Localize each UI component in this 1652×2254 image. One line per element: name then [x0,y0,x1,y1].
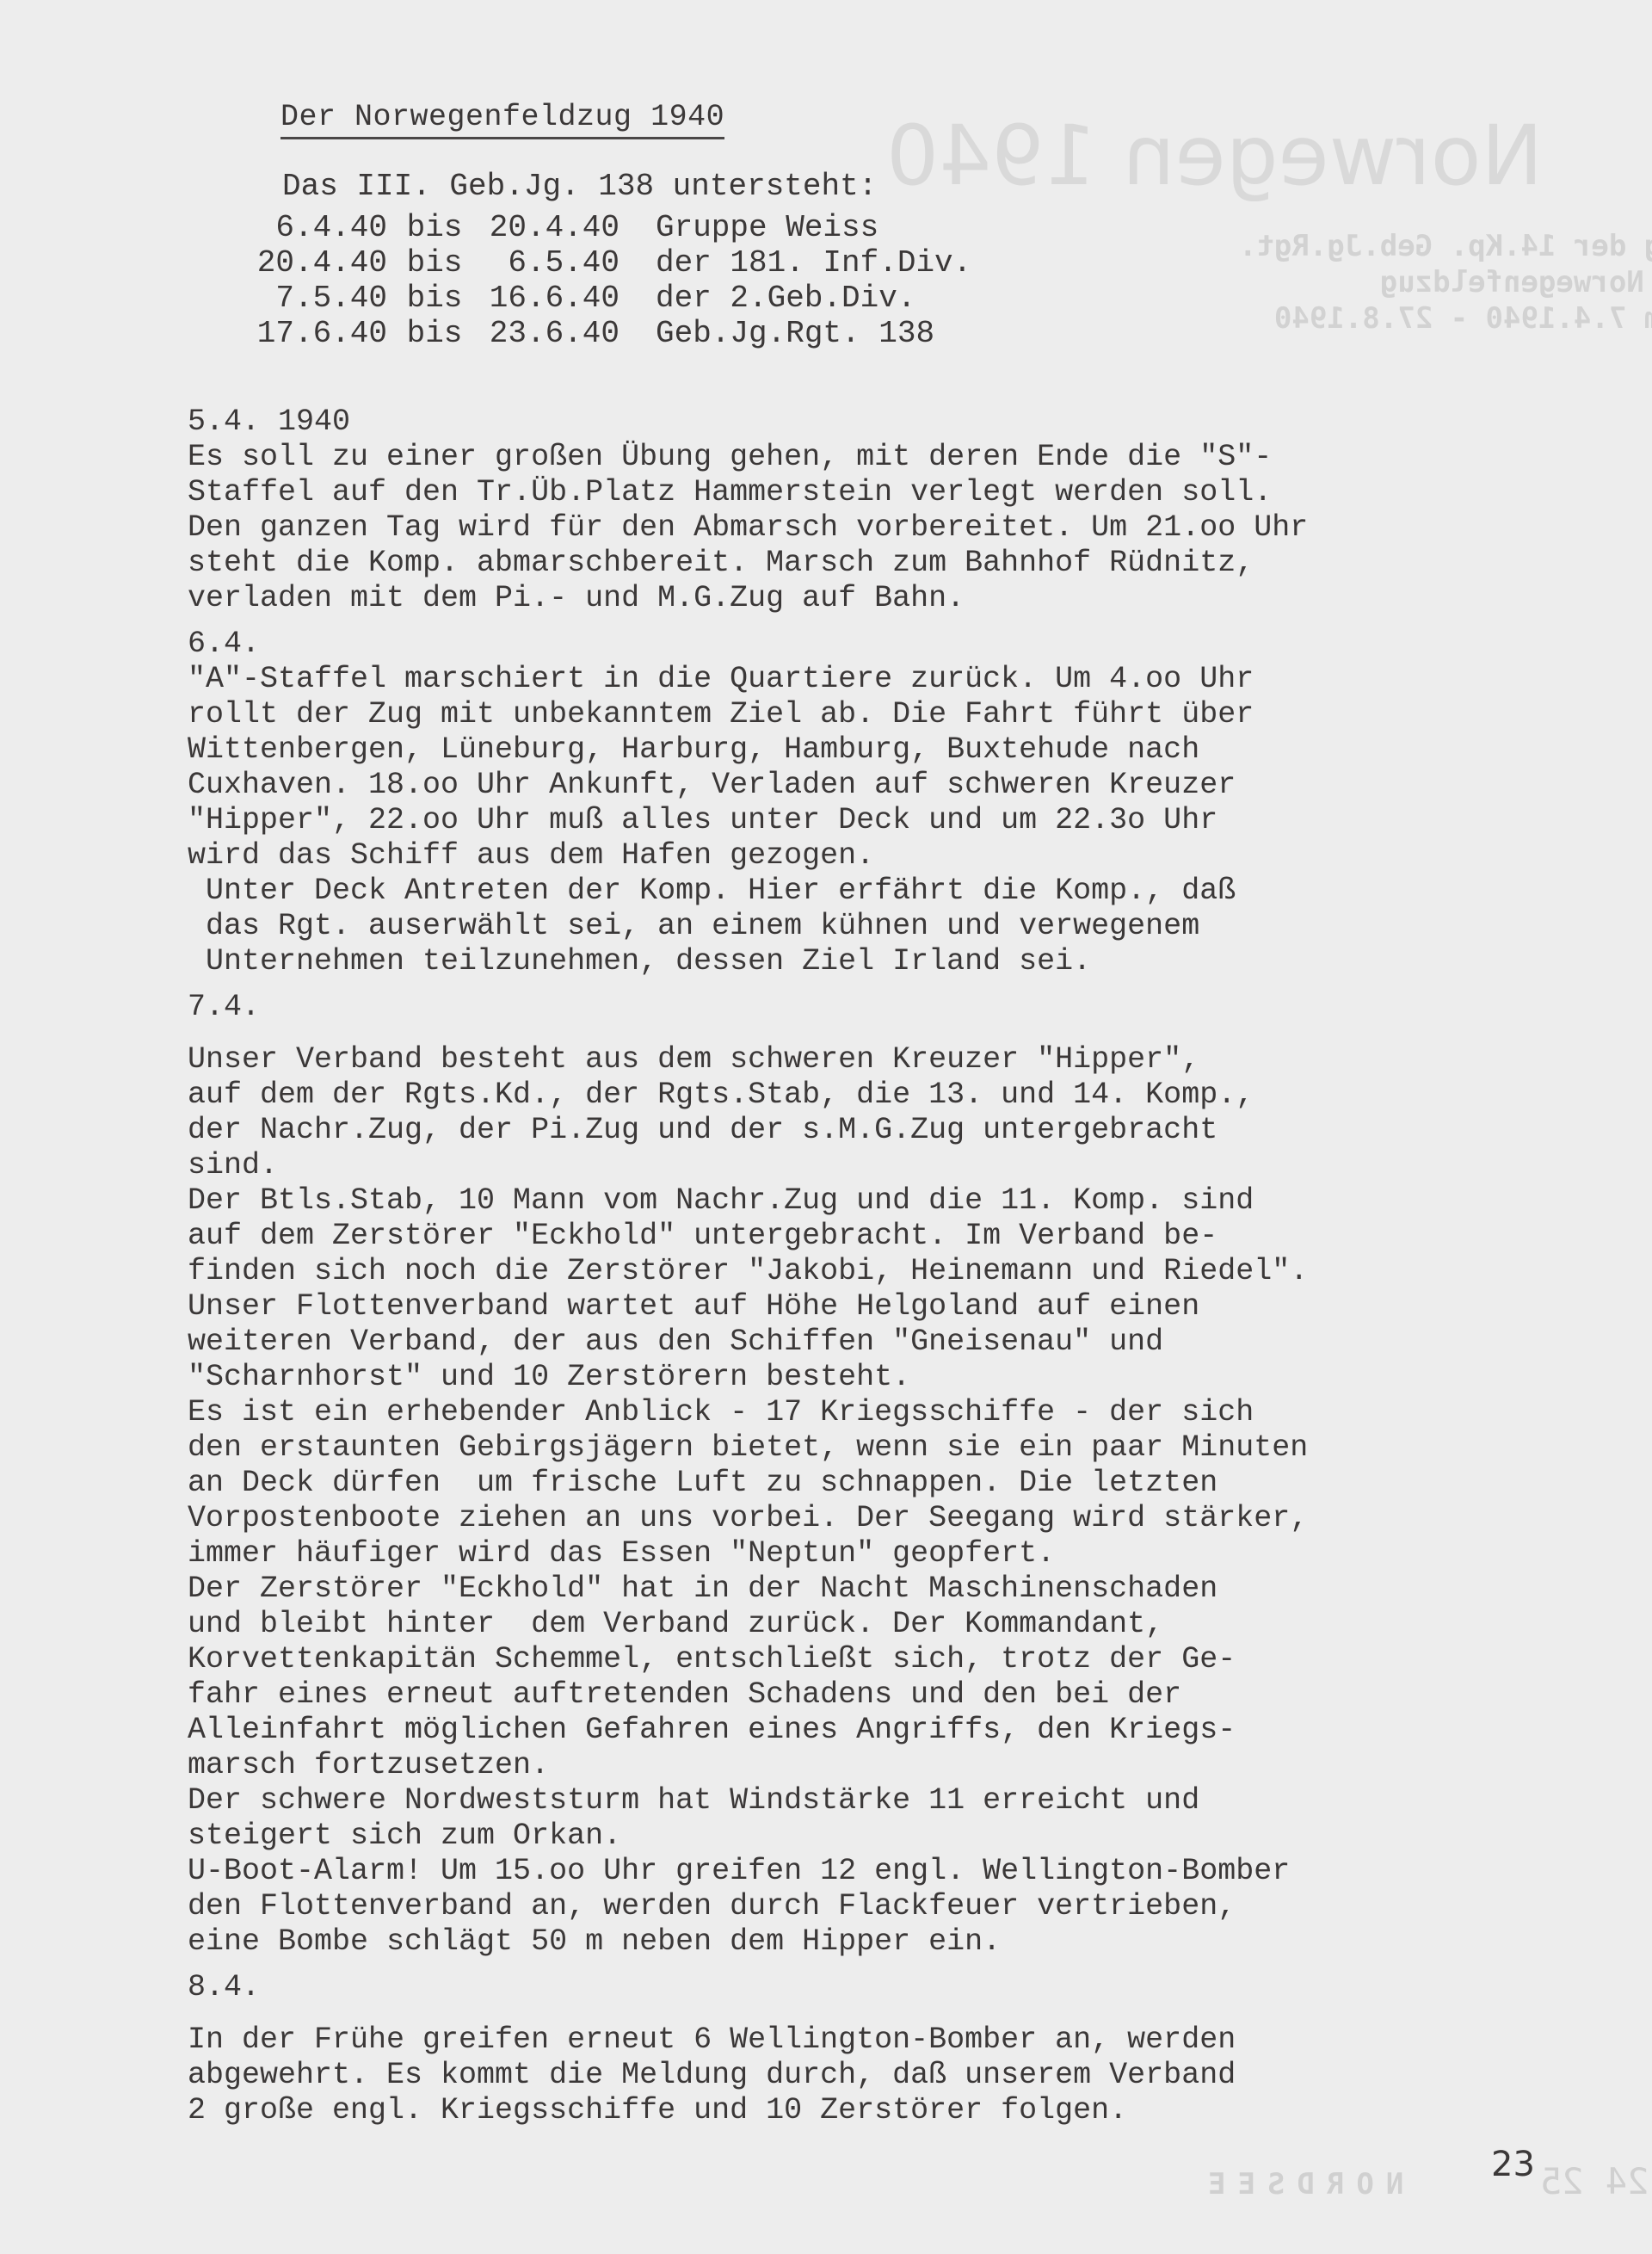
page-number: 23 [1491,2145,1535,2184]
diary-entries: 5.4. 1940Es soll zu einer großen Übung g… [188,404,1564,2128]
schedule-from: 20.4.40 [250,245,387,281]
show-through-subtitle: Weg der 14.Kp. Geb.Jg.Rgt. im Norwegenfe… [1239,228,1652,337]
schedule-row: 7.5.40bis16.6.40der 2.Geb.Div. [250,281,971,316]
schedule-bis: bis [387,210,482,245]
entry-date: 8.4. [188,1970,1564,2005]
subordination-schedule: 6.4.40bis20.4.40Gruppe Weiss20.4.40bis6.… [250,210,971,351]
entry-paragraph: Der Btls.Stab, 10 Mann vom Nachr.Zug und… [188,1183,1564,1289]
entry-paragraph: In der Frühe greifen erneut 6 Wellington… [188,2022,1564,2128]
entry-paragraph: Der Zerstörer "Eckhold" hat in der Nacht… [188,1572,1564,1783]
entry-date: 6.4. [188,627,1564,662]
schedule-from: 6.4.40 [250,210,387,245]
show-through-page-number: 24 25 [1540,2160,1649,2202]
entry-paragraph: Unter Deck Antreten der Komp. Hier erfäh… [188,874,1564,979]
schedule-row: 20.4.40bis6.5.40der 181. Inf.Div. [250,245,971,281]
entry-paragraph: Unser Verband besteht aus dem schweren K… [188,1042,1564,1183]
schedule-bis: bis [387,245,482,281]
entry-paragraph: Es soll zu einer großen Übung gehen, mit… [188,440,1564,616]
entry-paragraph: "A"-Staffel marschiert in die Quartiere … [188,662,1564,874]
show-through-nordsee: NORDSEE [1196,2167,1403,2202]
entry-paragraph: U-Boot-Alarm! Um 15.oo Uhr greifen 12 en… [188,1854,1564,1960]
schedule-to: 20.4.40 [482,210,619,245]
schedule-to: 6.5.40 [482,245,619,281]
entry-date: 5.4. 1940 [188,404,1564,440]
schedule-row: 17.6.40bis23.6.40Geb.Jg.Rgt. 138 [250,316,971,351]
schedule-unit: Geb.Jg.Rgt. 138 [619,316,934,351]
schedule-row: 6.4.40bis20.4.40Gruppe Weiss [250,210,971,245]
schedule-from: 17.6.40 [250,316,387,351]
page-title: Der Norwegenfeldzug 1940 [280,100,724,139]
entry-paragraph: Es ist ein erhebender Anblick - 17 Krieg… [188,1395,1564,1572]
schedule-bis: bis [387,316,482,351]
schedule-bis: bis [387,281,482,316]
schedule-to: 23.6.40 [482,316,619,351]
schedule-unit: Gruppe Weiss [619,210,878,245]
entry-paragraph: Der schwere Nordweststurm hat Windstärke… [188,1783,1564,1854]
entry-date: 7.4. [188,990,1564,1025]
schedule-to: 16.6.40 [482,281,619,316]
entry-paragraph: Unser Flottenverband wartet auf Höhe Hel… [188,1289,1564,1395]
schedule-unit: der 181. Inf.Div. [619,245,971,281]
intro-line: Das III. Geb.Jg. 138 untersteht: [282,169,877,204]
show-through-title: Norwegen 1940 [886,108,1543,204]
schedule-unit: der 2.Geb.Div. [619,281,915,316]
schedule-from: 7.5.40 [250,281,387,316]
